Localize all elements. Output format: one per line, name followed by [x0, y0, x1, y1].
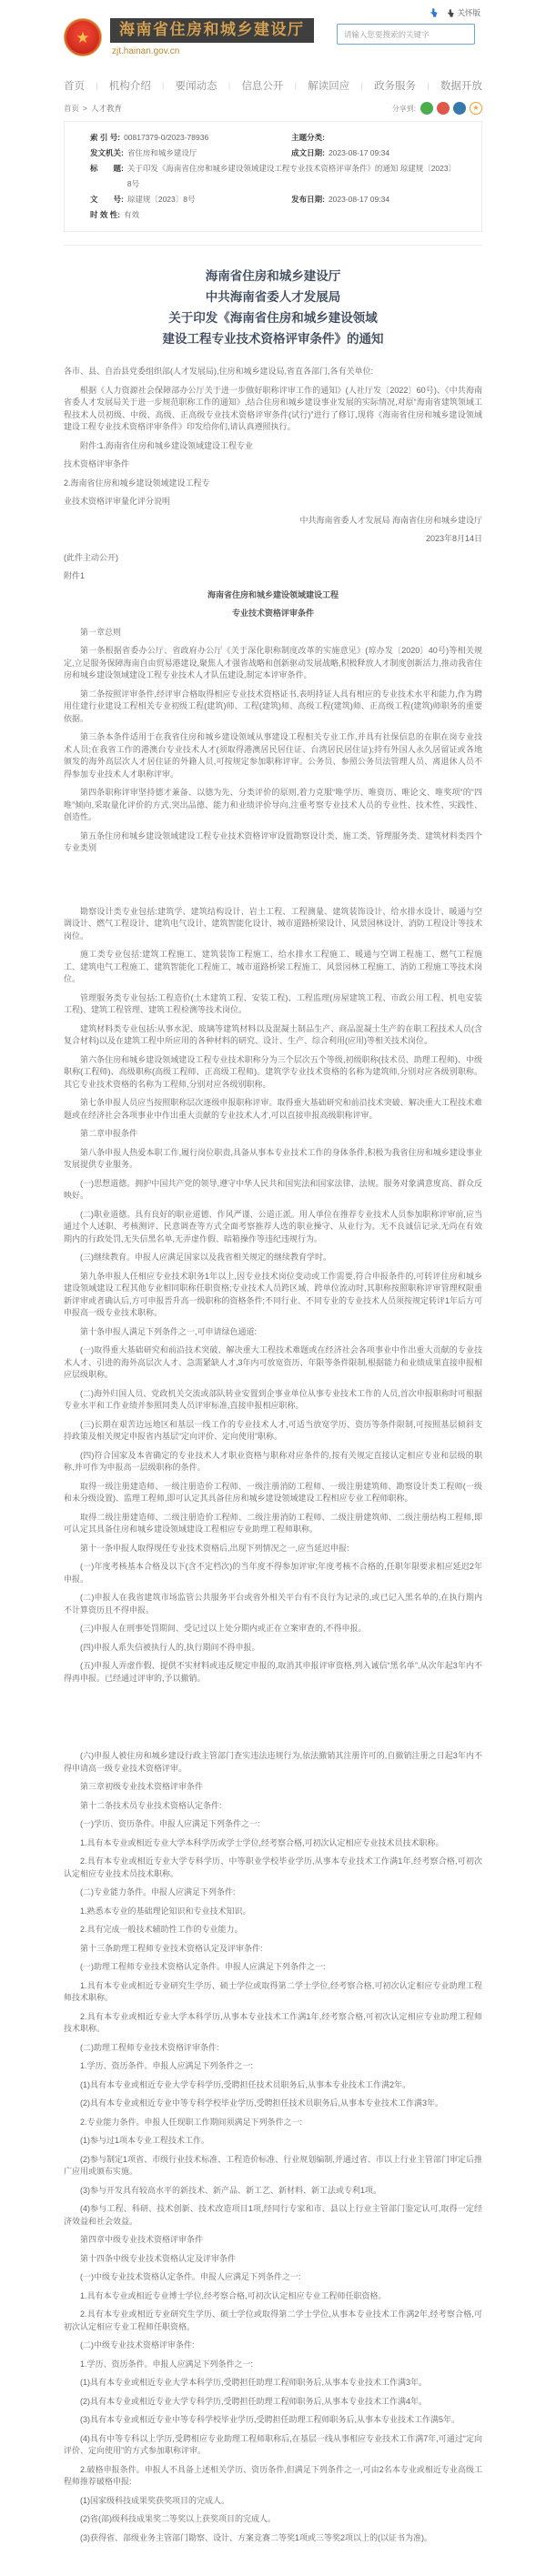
paragraph: (一)年度考核基本合格及以下(含不定档次)的当年度不得参加评审;年度考核不合格的… [64, 1561, 482, 1585]
paragraph: 专业技术资格评审条件 [64, 608, 482, 620]
paragraph: 1.具有本专业或相近专业研究生学历、硕士学位或取得第二学士学位,经考察合格,可初… [64, 1980, 482, 2005]
paragraph: 第六条住房和城乡建设领域建设工程专业技术职称分为三个层次五个等级,初级职称(技术… [64, 1054, 482, 1092]
nav-item-2[interactable]: 机构介绍 [109, 78, 151, 93]
share-favorite-icon[interactable]: ★ [470, 102, 482, 115]
paragraph: 根据《人力资源社会保障部办公厅关于进一步做好职称评审工作的通知》(人社厅发〔20… [64, 385, 482, 434]
paragraph: 业技术资格评审量化评分说明 [64, 496, 482, 508]
paragraph: (此件主动公开) [64, 552, 482, 565]
national-emblem-icon: ★ [64, 18, 102, 56]
paragraph: (3)获得省、部级业务主管部门勘察、设计、方案竞赛二等奖1项或三等奖2项以上的(… [64, 2532, 482, 2545]
nav-separator: | [295, 81, 297, 90]
paragraph: 附件1 [64, 570, 482, 583]
paragraph: 2.海南省住房和城乡建设领域建设工程专 [64, 478, 482, 490]
accessibility-button[interactable] [429, 7, 439, 18]
breadcrumb-current: 人才教育 [91, 103, 122, 114]
paragraph: (1)国家级科技成果奖获奖项目的完成人。 [64, 2495, 482, 2508]
logo-text-block: 海南省住房和城乡建设厅 zjt.hainan.gov.cn [110, 18, 314, 56]
paragraph: 中共海南省委人才发展局 海南省住房和城乡建设厅 [64, 515, 482, 528]
accessibility-links: 关怀版 [429, 7, 480, 18]
meta-row: 标 题:关于印发《海南省住房和城乡建设领域建设工程专业技术资格评审条件》的通知 … [90, 161, 456, 192]
paragraph: (1)参与过1项本专业工程技术工作。 [64, 2135, 482, 2148]
article: 海南省住房和城乡建设厅中共海南省委人才发展局关于印发《海南省住房和城乡建设领域建… [64, 245, 482, 2576]
nav-separator: | [162, 81, 164, 90]
paragraph: (二)职业道德。具有良好的职业道德、作风严谨、公道正派。用人单位在推荐专业技术人… [64, 1209, 482, 1246]
paragraph: 2.专业能力条件。申报人任现职工作期间须满足下列条件之一: [64, 2117, 482, 2129]
meta-row: 文 号:琼建规〔2023〕8号发布日期:2023-08-17 09:34 [90, 192, 456, 207]
paragraph: 第八条申报人热爱本职工作,履行岗位职责,具备从事本专业技术工作的身体条件,积极为… [64, 1147, 482, 1172]
nav-item-1[interactable]: 首页 [64, 78, 85, 93]
page: ★ 海南省住房和城乡建设厅 zjt.hainan.gov.cn [0, 0, 546, 2576]
paragraph: 第二条按照评审条件,经评审合格取得相应专业技术资格证书,表明持证人具有相应的专业… [64, 689, 482, 726]
paragraph: (二)中级专业技术资格评审条件: [64, 2340, 482, 2352]
paragraph: 1.具有本专业或相近专业大学本科学历或学士学位,经考察合格,可初次认定相应专业技… [64, 1837, 482, 1850]
paragraph: (1)具有本专业或相近专业大学专科学历,受聘担任技术员职务后,从事本专业技术工作… [64, 2079, 482, 2092]
accessibility-hand-icon [429, 7, 439, 18]
paragraph: 勘察设计类专业包括:建筑学、建筑结构设计、岩土工程、工程测量、建筑装饰设计、给水… [64, 906, 482, 943]
paragraph: 技术资格评审条件 [64, 458, 482, 471]
paragraph: 第七条申报人员应当按照职称层次逐级申报职称评审。取得重大基础研究和前沿技术突破、… [64, 1097, 482, 1122]
paragraph: (4)参与工程、科研、技术创新、技术改造项目1项,经同行专家和市、县以上行业主管… [64, 2203, 482, 2228]
emblem-star-glyph: ★ [76, 30, 89, 45]
paragraph: (四)申报人系失信被执行人的,执行期间不得申报。 [64, 1642, 482, 1655]
paragraph: (3)参与开发具有较高水平的新技术、新产品、新工艺、新材料、新工法或专利1项。 [64, 2185, 482, 2198]
paragraph: 海南省住房和城乡建设领域建设工程 [64, 589, 482, 602]
doc-title-line: 中共海南省委人才发展局 [64, 287, 482, 307]
paragraph: 1.学历、资历条件。申报人应满足下列条件之一: [64, 2060, 482, 2073]
paragraph: 1.熟悉本专业的基础理论知识和专业技术知识。 [64, 1906, 482, 1918]
share-label: 分享到: [392, 104, 416, 114]
paragraph: (三)继续教育。申报人应满足国家以及我省相关规定的继续教育学时。 [64, 1252, 482, 1264]
paragraph-gap [64, 861, 482, 900]
paragraph: (2)具有本专业或相近专业中等专科学校毕业学历,受聘担任技术员职务后,从事本专业… [64, 2098, 482, 2110]
meta-label: 时 效 性: [90, 207, 120, 223]
paragraph: (一)助理工程师专业技术资格认定条件。申报人应满足下列条件之一: [64, 1961, 482, 1974]
paragraph: 第五条住房和城乡建设领域建设工程专业技术资格评审设置勘察设计类、施工类、管理服务… [64, 830, 482, 855]
paragraph: (4)具有中等专科以上学历,受聘相应专业助理工程师职称后,在基层一线从事相应专业… [64, 2433, 482, 2458]
meta-card: 索 引 号:00817379-0/2023-78936主题分类:发文机关:省住房… [64, 121, 482, 232]
paragraph: 第九条申报人任相应专业技术职务1年以上,因专业技术岗位变动或工作需要,符合申报条… [64, 1271, 482, 1320]
main-nav: 首页|机构介绍|要闻动态|信息公开|解读回应|政务服务|数据开放 [64, 76, 482, 98]
breadcrumb-separator: > [83, 104, 87, 113]
breadcrumb: 首页 > 人才教育 [64, 103, 122, 114]
paragraph: (一)取得重大基础研究和前沿技术突破、解决重大工程技术难题或在经济社会各项事业中… [64, 1344, 482, 1382]
paragraph: (3)具有本专业或相近专业中等专科学校毕业学历,受聘担任助理工程师职务后,从事本… [64, 2414, 482, 2427]
meta-value: 2023-08-17 09:34 [329, 192, 389, 207]
paragraph: 第三条本条件适用于在我省住房和城乡建设领域从事建设工程相关专业工作,并具有社保信… [64, 731, 482, 780]
meta-label: 文 号: [90, 192, 124, 207]
share-qq-icon[interactable] [453, 102, 466, 115]
paragraph: 第三章初级专业技术资格评审条件 [64, 1781, 482, 1794]
meta-value: 00817379-0/2023-78936 [124, 130, 208, 146]
doc-title: 海南省住房和城乡建设厅中共海南省委人才发展局关于印发《海南省住房和城乡建设领域建… [64, 266, 482, 349]
paragraph: 取得一级注册建造师、一级注册造价工程师、一级注册消防工程师、一级注册建筑师、勘察… [64, 1481, 482, 1505]
paragraph: (一)中级专业技术资格认定条件。申报人应满足下列条件之一: [64, 2271, 482, 2284]
breadcrumb-home[interactable]: 首页 [64, 103, 79, 114]
paragraph: (一)思想道德。拥护中国共产党的领导,遵守中华人民共和国宪法和国家法律、法规。服… [64, 1178, 482, 1202]
paragraph: 第十三条助理工程师专业技术资格认定及评审条件: [64, 1943, 482, 1956]
meta-row: 索 引 号:00817379-0/2023-78936主题分类: [90, 130, 456, 146]
care-mode-button[interactable]: 关怀版 [446, 7, 480, 18]
paragraph: 附件:1.海南省住房和城乡建设领域建设工程专业 [64, 440, 482, 453]
paragraph: 第四章中级专业技术资格评审条件 [64, 2234, 482, 2247]
meta-label: 成文日期: [291, 146, 325, 161]
paragraph: 第十二条技术员专业技术资格认定条件: [64, 1800, 482, 1813]
paragraph: (2)省(部)级科技成果奖二等奖以上获奖项目的完成人。 [64, 2513, 482, 2526]
paragraph: 1.学历、资历条件。申报人应满足下列条件之一: [64, 2359, 482, 2371]
paragraph: 建筑材料类专业包括:从事水泥、玻璃等建筑材料以及混凝土制品生产、商品混凝土生产的… [64, 1023, 482, 1048]
paragraph: 2.具有完成一般技术辅助性工作的专业能力。 [64, 1924, 482, 1937]
nav-separator: | [360, 81, 362, 90]
paragraph: 第十四条中级专业技术资格认定及评审条件 [64, 2253, 482, 2266]
search-input[interactable] [337, 24, 475, 45]
nav-separator: | [228, 81, 230, 90]
paragraph: 各市、县、自治县党委组织部(人才发展局),住房和城乡建设局,省直各部门,各有关单… [64, 366, 482, 378]
nav-item-5[interactable]: 解读回应 [308, 78, 349, 93]
paragraph: (2)参与制定1项省、市级行业技术标准、工程造价标准、行业规划编制,并通过省、市… [64, 2154, 482, 2179]
care-hand-icon [446, 8, 455, 18]
meta-row: 时 效 性:有效 [90, 207, 456, 223]
share-area: 分享到: ★ [392, 102, 482, 115]
paragraph: 2.具有本专业或相近专业大学本科学历,从事本专业技术工作满1年,经考察合格,可初… [64, 2011, 482, 2036]
paragraph: 1.具有本专业或相近专业博士学位,经考察合格,可初次认定相应专业工程师任职资格。 [64, 2290, 482, 2303]
paragraph: 施工类专业包括:建筑工程施工、建筑装饰工程施工、给水排水工程施工、暖通与空调工程… [64, 949, 482, 986]
meta-value: 有效 [124, 207, 139, 223]
share-wechat-icon[interactable] [420, 102, 433, 115]
share-weibo-icon[interactable] [437, 102, 450, 115]
paragraph: (二)助理工程师专业技术资格评审条件: [64, 2042, 482, 2055]
doc-title-line: 关于印发《海南省住房和城乡建设领域 [64, 307, 482, 328]
paragraph: (一)学历、资历条件。申报人应满足下列条件之一: [64, 1818, 482, 1831]
site-url: zjt.hainan.gov.cn [110, 46, 314, 56]
paragraph: (二)海外归国人员、党政机关交流或部队转业安置到企事业单位从事专业技术工作的人员… [64, 1388, 482, 1413]
paragraph: 第二章申报条件 [64, 1128, 482, 1141]
paragraph: (六)申报人被住房和城乡建设行政主管部门查实违法违规行为,依法撤销其注册许可的,… [64, 1750, 482, 1775]
nav-item-6[interactable]: 政务服务 [374, 78, 416, 93]
meta-value: 关于印发《海南省住房和城乡建设领域建设工程专业技术资格评审条件》的通知 琼建规〔… [127, 161, 456, 192]
share-icons: ★ [420, 102, 482, 115]
meta-row: 发文机关:省住房和城乡建设厅成文日期:2023-08-17 09:34 [90, 146, 456, 161]
paragraph: (五)申报人弄虚作假、提供不实材料或违反规定申报的,取消其申报评审资格,列入诚信… [64, 1660, 482, 1685]
paragraph: 管理服务类专业包括:工程造价(土木建筑工程、安装工程)、工程监理(房屋建筑工程、… [64, 992, 482, 1017]
meta-value: 琼建规〔2023〕8号 [127, 192, 196, 207]
site-title: 海南省住房和城乡建设厅 [110, 18, 314, 43]
paragraph: (三)申报人在刑事处罚期间、受记过以上处分期内或正在立案审查的,不得申报。 [64, 1623, 482, 1635]
nav-separator: | [96, 81, 97, 90]
paragraph: 第十条申报人满足下列条件之一,可申请绿色通道: [64, 1326, 482, 1339]
paragraph-gap [64, 1691, 482, 1744]
care-mode-label: 关怀版 [457, 7, 480, 18]
paragraph: (二)专业能力条件。申报人应满足下列条件: [64, 1887, 482, 1899]
meta-label: 主题分类: [291, 130, 325, 146]
nav-item-7[interactable]: 数据开放 [440, 78, 482, 93]
paragraph: (四)符合国家及本省确定的专业技术人才职业资格与职称对应条件的,按有关规定直接认… [64, 1450, 482, 1474]
paragraph: 2.具有本专业或相近专业研究生学历、硕士学位或取得第二学士学位,从事本专业技术工… [64, 2309, 482, 2333]
meta-value: 2023-08-17 09:34 [329, 146, 389, 161]
doc-title-line: 建设工程专业技术资格评审条件》的通知 [64, 328, 482, 349]
breadcrumb-row: 首页 > 人才教育 分享到: ★ [64, 102, 482, 115]
nav-separator: | [427, 81, 429, 90]
doc-title-line: 海南省住房和城乡建设厅 [64, 266, 482, 287]
paragraph: (二)申报人在我省建筑市场监管公共服务平台或省外相关平台有不良行为记录的,或已记… [64, 1592, 482, 1616]
site-header: ★ 海南省住房和城乡建设厅 zjt.hainan.gov.cn [64, 0, 482, 71]
paragraph: 第十一条申报人取得现任专业技术资格后,出现下列情况之一,应当延迟申报: [64, 1543, 482, 1555]
paragraph: 取得二级注册建造师、二级注册造价工程师、二级注册消防工程师、二级注册建筑师、二级… [64, 1512, 482, 1536]
paragraph: 2.具有本专业或相近专业大学专科学历、中等职业学校毕业学历,从事本专业技术工作满… [64, 1856, 482, 1880]
nav-item-4[interactable]: 信息公开 [241, 78, 283, 93]
meta-label: 发文机关: [90, 146, 124, 161]
paragraph: (1)具有本专业或相近专业大学本科学历,受聘担任助理工程师职务后,从事本专业技术… [64, 2377, 482, 2390]
meta-value: 省住房和城乡建设厅 [127, 146, 197, 161]
nav-item-3[interactable]: 要闻动态 [176, 78, 217, 93]
meta-label: 发布日期: [291, 192, 325, 207]
paragraph: 第一条根据省委办公厅、省政府办公厅《关于深化职称制度改革的实施意见》(琼办发〔2… [64, 645, 482, 682]
paragraph: 第一章总则 [64, 627, 482, 639]
meta-label: 标 题: [90, 161, 124, 192]
paragraph: (2)具有本专业或相近专业大学专科学历,受聘担任助理工程师职务后,从事本专业技术… [64, 2396, 482, 2409]
paragraph: 第四条职称评审坚持德才兼备、以德为先、分类评价的原则,着力克服“唯学历、唯资历、… [64, 787, 482, 824]
article-body: 各市、县、自治县党委组织部(人才发展局),住房和城乡建设局,省直各部门,各有关单… [64, 366, 482, 2544]
paragraph: (三)长期在艰苦边远地区和基层一线工作的专业技术人才,可适当放宽学历、资历等条件… [64, 1419, 482, 1444]
meta-label: 索 引 号: [90, 130, 120, 146]
paragraph: 2023年8月14日 [64, 533, 482, 546]
paragraph: 2.破格申报条件。申报人不具备上述相关学历、资历条件,但满足下列条件之一,可由2… [64, 2464, 482, 2489]
